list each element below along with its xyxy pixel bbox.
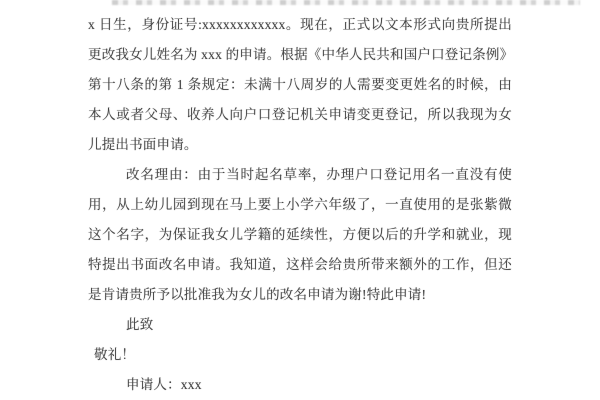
letter-body: x 日生，身份证号:xxxxxxxxxxxx。现在，正式以文本形式向贵所提出 更… xyxy=(88,10,512,400)
line-regulation-ref: 第十八条的第 1 条规定：未满十八周岁的人需要变更姓名的时候，由 xyxy=(88,70,512,100)
line-request-intro: 更改我女儿姓名为 xxx 的申请。根据《中华人民共和国户口登记条例》 xyxy=(88,40,512,70)
line-applicant-signature: 申请人：xxx xyxy=(88,370,512,400)
line-birth-and-id: x 日生，身份证号:xxxxxxxxxxxx。现在，正式以文本形式向贵所提出 xyxy=(88,10,512,40)
line-salutation-cizhi: 此致 xyxy=(88,310,512,340)
line-reason-continued-3: 特提出书面改名申请。我知道，这样会给贵所带来额外的工作，但还 xyxy=(88,250,512,280)
line-reason-continued-2: 这个名字，为保证我女儿学籍的延续性，方便以后的升学和就业，现 xyxy=(88,220,512,250)
line-regulation-text: 本人或者父母、收养人向户口登记机关申请变更登记，所以我现为女 xyxy=(88,100,512,130)
line-salutation-jingli: 敬礼！ xyxy=(88,340,512,370)
line-paragraph-end: 儿提出书面申请。 xyxy=(88,130,512,160)
line-reason-start: 改名理由：由于当时起名草率，办理户口登记用名一直没有使 xyxy=(88,160,512,190)
line-closing-request: 是肯请贵所予以批准我为女儿的改名申请为谢!特此申请! xyxy=(88,280,512,310)
document-page: x 日生，身份证号:xxxxxxxxxxxx。现在，正式以文本形式向贵所提出 更… xyxy=(0,0,600,400)
clipped-text-top-remnant xyxy=(112,0,580,5)
line-reason-continued-1: 用，从上幼儿园到现在马上要上小学六年级了，一直使用的是张紫微 xyxy=(88,190,512,220)
